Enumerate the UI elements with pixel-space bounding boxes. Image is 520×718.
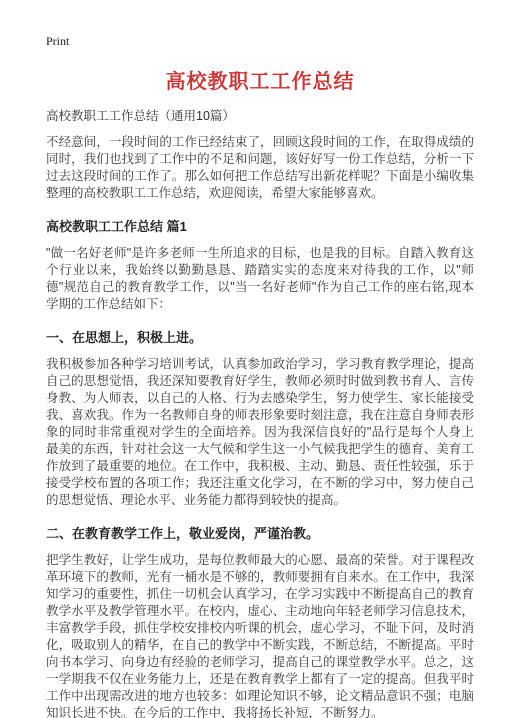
page-title: 高校教职工工作总结 <box>46 65 474 94</box>
doc-subtitle: 高校教职工工作总结（通用10篇） <box>46 106 474 124</box>
intro-paragraph: 不经意间，一段时间的工作已经结束了，回顾这段时间的工作，在取得成绩的同时，我们也… <box>46 134 474 202</box>
article-opening-paragraph: "做一名好老师"是许多老师一生所追求的目标，也是我的目标。自踏入教育这个行业以来… <box>46 245 474 313</box>
section-2-heading: 二、在教育教学工作上，敬业爱岗，严谨治教。 <box>46 523 474 542</box>
document-page: Print 高校教职工工作总结 高校教职工工作总结（通用10篇） 不经意间，一段… <box>0 0 520 718</box>
section-1-body: 我积极参加各种学习培训考试，认真参加政治学习，学习教育教学理论，提高自己的思想觉… <box>46 356 474 509</box>
print-link[interactable]: Print <box>46 34 69 49</box>
article-heading: 高校教职工工作总结 篇1 <box>46 216 474 235</box>
section-2-body: 把学生教好，让学生成功，是每位教师最大的心愿、最高的荣誉。对于课程改革环境下的教… <box>46 552 474 718</box>
section-1-heading: 一、在思想上，积极上进。 <box>46 327 474 346</box>
